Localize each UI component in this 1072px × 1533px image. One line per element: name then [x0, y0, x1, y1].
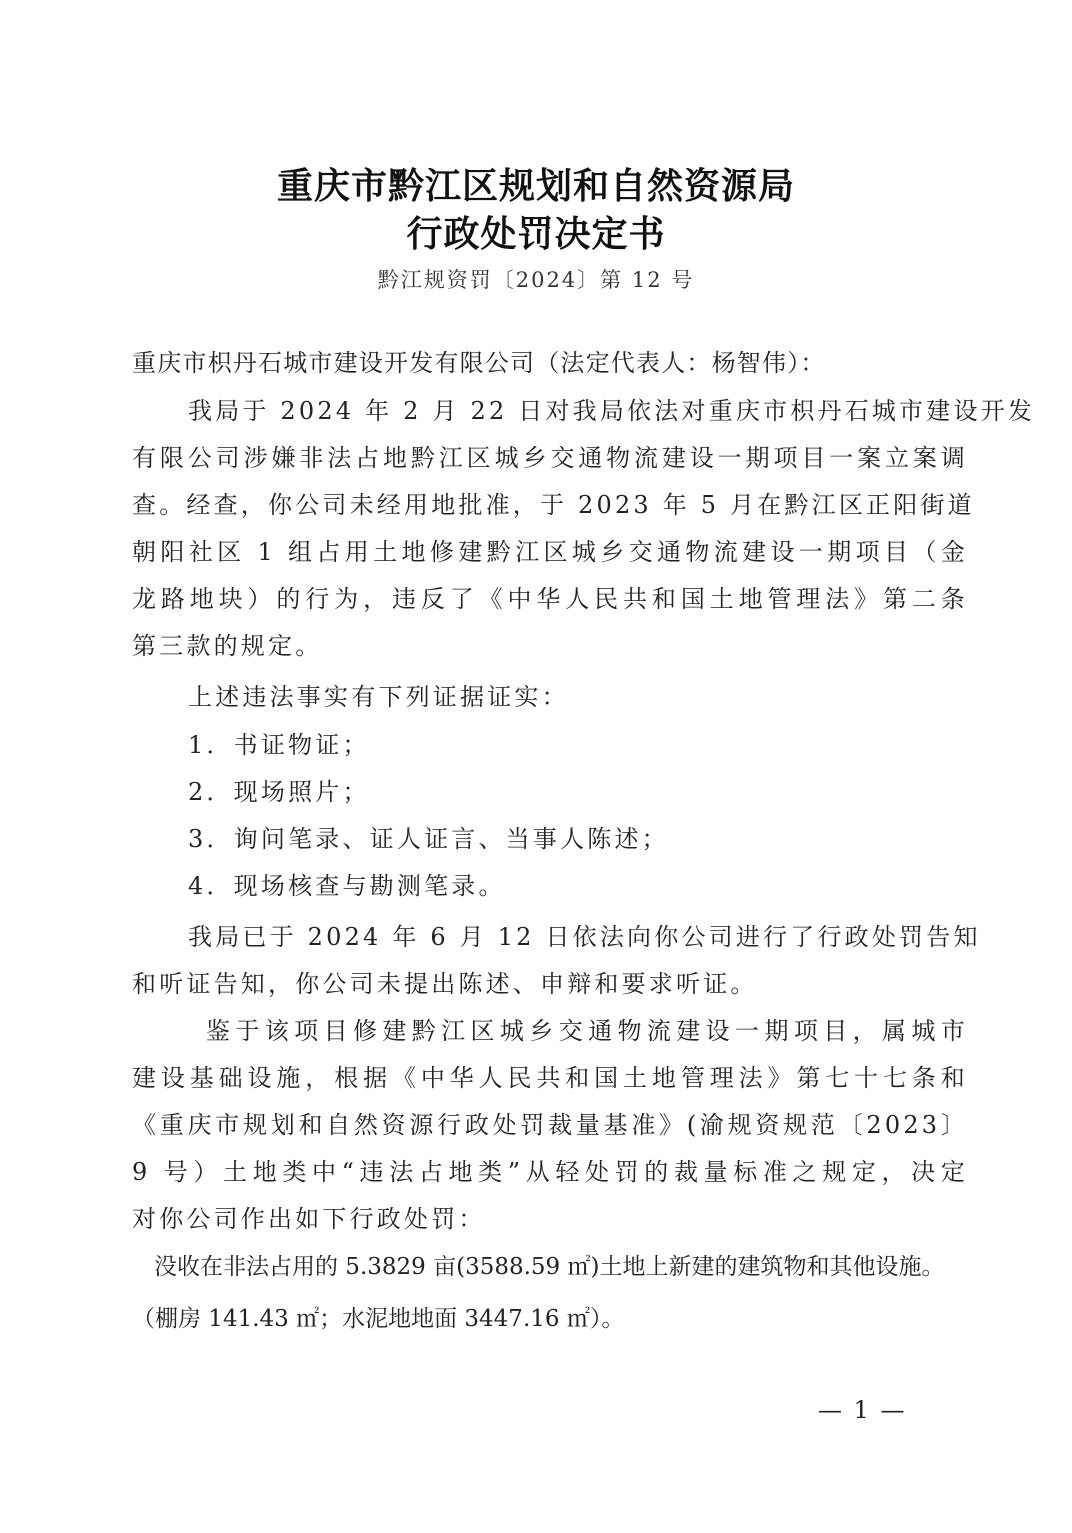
paragraph1-line: 第三款的规定。 [132, 629, 968, 663]
evidence-intro: 上述违法事实有下列证据证实： [188, 680, 1024, 714]
paragraph3-line: 9 号）土地类中“违法占地类”从轻处罚的裁量标准之规定，决定 [132, 1155, 968, 1189]
paragraph1-line: 我局于 2024 年 2 月 22 日对我局依法对重庆市枳丹石城市建设开发 [132, 394, 968, 428]
evidence-item: 2．现场照片； [188, 775, 1024, 809]
document-title-line1: 重庆市黔江区规划和自然资源局 [0, 158, 1072, 209]
addressee: 重庆市枳丹石城市建设开发有限公司（法定代表人：杨智伟）： [132, 346, 968, 380]
paragraph3-line: 建设基础设施，根据《中华人民共和国土地管理法》第七十七条和 [132, 1061, 968, 1095]
evidence-item: 1．书证物证； [188, 728, 1024, 762]
paragraph2-line: 我局已于 2024 年 6 月 12 日依法向你公司进行了行政处罚告知 [132, 920, 968, 954]
penalty-detail: （棚房 141.43 ㎡；水泥地地面 3447.16 ㎡）。 [132, 1302, 968, 1336]
paragraph3-line: 鉴于该项目修建黔江区城乡交通物流建设一期项目，属城市 [132, 1014, 968, 1048]
paragraph1-line: 有限公司涉嫌非法占地黔江区城乡交通物流建设一期项目一案立案调 [132, 441, 968, 475]
paragraph2-line: 和听证告知，你公司未提出陈述、申辩和要求听证。 [132, 967, 968, 1001]
paragraph1-line: 查。经查，你公司未经用地批准，于 2023 年 5 月在黔江区正阳街道 [132, 488, 968, 522]
evidence-item: 3．询问笔录、证人证言、当事人陈述； [188, 822, 1024, 856]
document-number: 黔江规资罚〔2024〕第 12 号 [0, 264, 1072, 294]
paragraph3-line: 《重庆市规划和自然资源行政处罚裁量基准》(渝规资规范〔2023〕 [132, 1108, 968, 1142]
paragraph3-line: 对你公司作出如下行政处罚： [132, 1202, 968, 1236]
paragraph1-line: 朝阳社区 1 组占用土地修建黔江区城乡交通物流建设一期项目（金 [132, 535, 968, 569]
paragraph1-line: 龙路地块）的行为，违反了《中华人民共和国土地管理法》第二条 [132, 582, 968, 616]
penalty-line: 没收在非法占用的 5.3829 亩(3588.59 ㎡)土地上新建的建筑物和其他… [154, 1250, 990, 1284]
evidence-item: 4．现场核查与勘测笔录。 [188, 869, 1024, 903]
document-title-line2: 行政处罚决定书 [0, 206, 1072, 257]
page-number: — 1 — [818, 1396, 907, 1424]
